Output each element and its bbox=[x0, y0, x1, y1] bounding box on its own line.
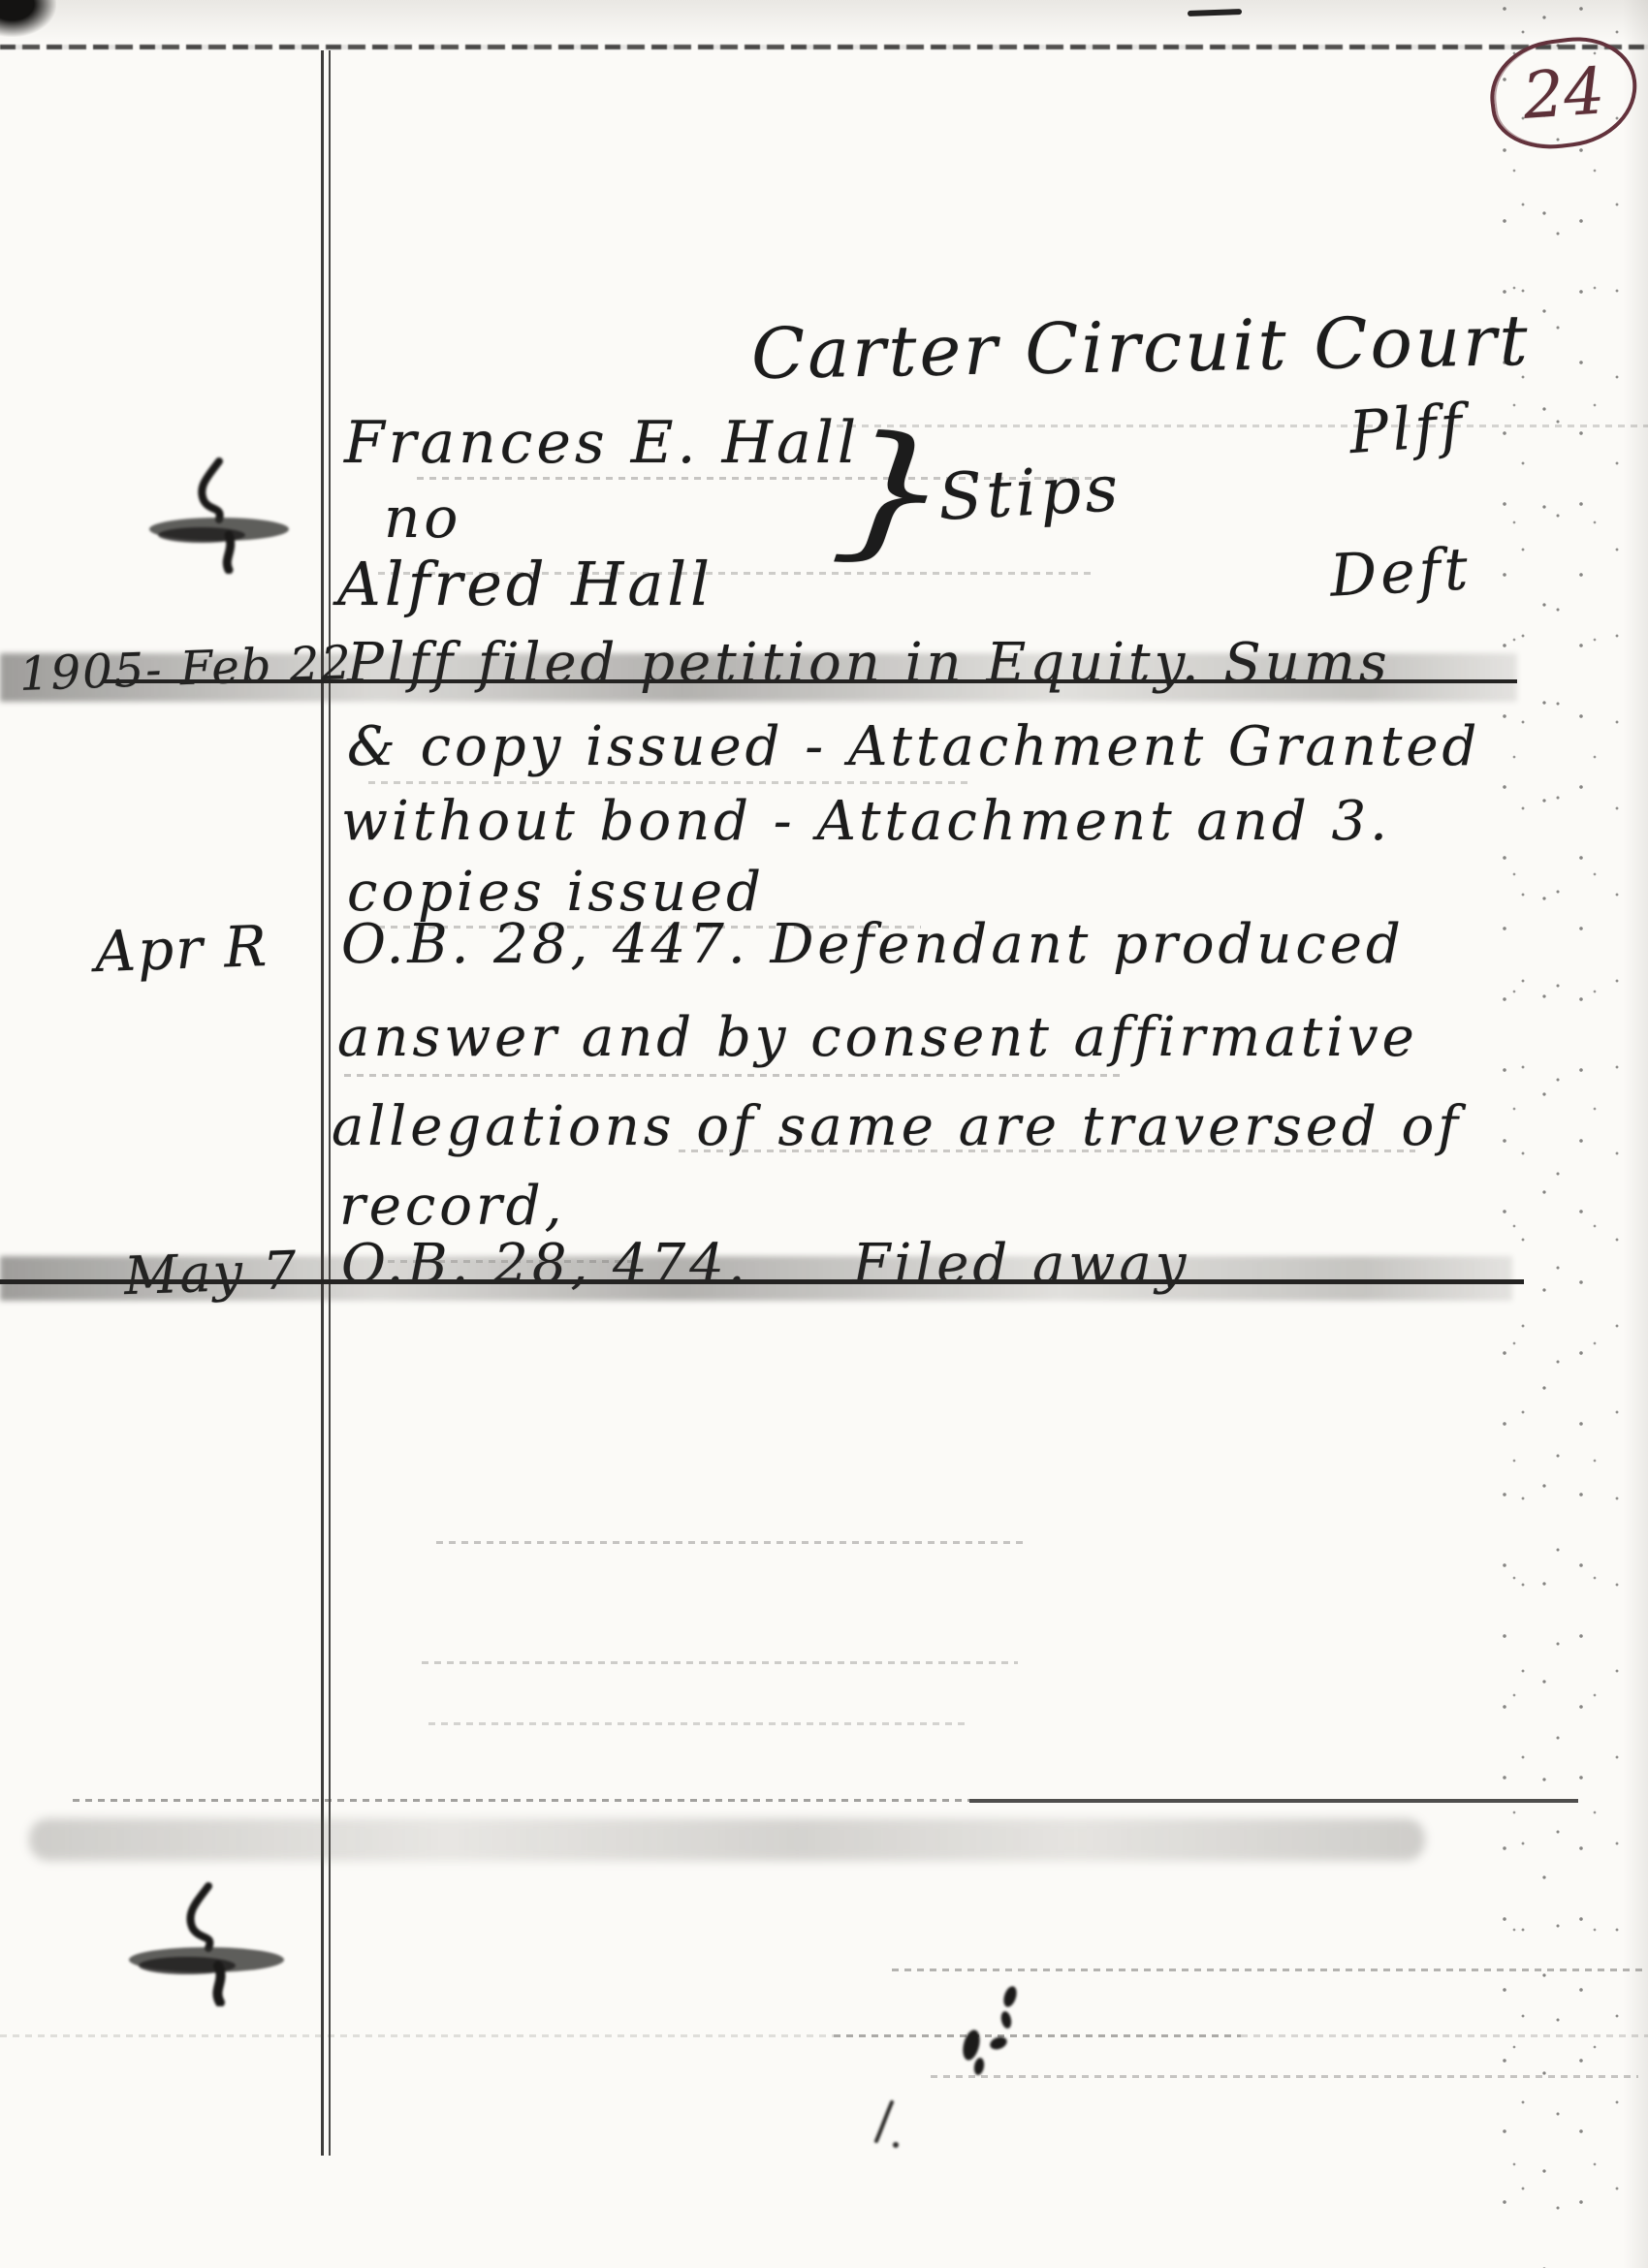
versus-label: no bbox=[384, 485, 461, 551]
page-number: 24 bbox=[1520, 53, 1606, 134]
corner-ink-mark bbox=[0, 0, 56, 37]
defendant-name: Alfred Hall bbox=[337, 549, 713, 619]
entry-date: Apr R bbox=[94, 913, 269, 985]
gray-smudge-band bbox=[29, 1818, 1425, 1861]
entry-line: without bond - Attachment and 3. bbox=[341, 790, 1391, 853]
ink-smudge-band bbox=[0, 1256, 1512, 1301]
plaintiff-role: Plff bbox=[1347, 392, 1469, 467]
faint-ledger-line bbox=[428, 1722, 967, 1725]
entry-rule-line bbox=[0, 1279, 1524, 1284]
defendant-role: Deft bbox=[1328, 535, 1473, 611]
faint-ledger-line bbox=[1241, 2034, 1648, 2037]
entry-line: & copy issued - Attachment Granted bbox=[347, 715, 1480, 778]
small-mark-bottom bbox=[863, 2098, 911, 2152]
entry-line: record, bbox=[339, 1175, 565, 1238]
faint-ledger-line bbox=[892, 1969, 1648, 1971]
faint-ledger-line bbox=[0, 2034, 834, 2037]
faint-baseline bbox=[368, 781, 969, 784]
scanned-docket-page: 24 Carter Circuit Court Frances E. Hall … bbox=[0, 0, 1648, 2268]
stips-note: Stips bbox=[936, 451, 1124, 535]
ledger-line-dark bbox=[969, 1799, 1578, 1803]
ink-spots-bottom-center bbox=[950, 1985, 1037, 2077]
faint-baseline bbox=[344, 1074, 1120, 1077]
faint-baseline bbox=[679, 1150, 1415, 1152]
plaintiff-name: Frances E. Hall bbox=[344, 409, 860, 477]
ink-smudge-band bbox=[0, 653, 1517, 702]
faint-ledger-line bbox=[834, 2034, 1241, 2037]
faint-ledger-line bbox=[422, 1661, 1018, 1664]
entry-line: answer and by consent affirmative bbox=[337, 1006, 1418, 1069]
ink-blot-upper-left bbox=[143, 457, 299, 574]
court-title: Carter Circuit Court bbox=[750, 299, 1531, 394]
ink-blot-lower-left bbox=[111, 1880, 305, 2006]
scan-edge-shadow-top bbox=[0, 0, 1648, 43]
entry-rule-line bbox=[102, 679, 1517, 683]
case-brace: } bbox=[828, 416, 956, 567]
ledger-line bbox=[73, 1799, 969, 1802]
faint-ledger-line bbox=[436, 1541, 1028, 1544]
entry-line: O.B. 28, 447. Defendant produced bbox=[341, 913, 1405, 976]
top-scan-line bbox=[0, 45, 1648, 49]
